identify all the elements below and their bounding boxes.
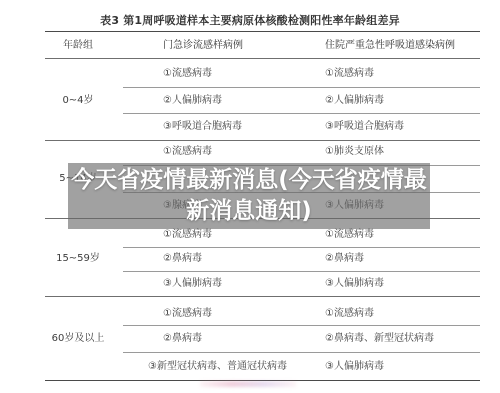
age-group-label: 15~59岁	[45, 252, 111, 266]
age-group-label: 60岁及以上	[45, 332, 111, 346]
headline-line-2: 新消息通知)	[186, 196, 312, 227]
table-cell: ②鼻病毒、新型冠状病毒	[325, 332, 434, 346]
table-cell: ②鼻病毒	[163, 252, 202, 266]
table-cell: ③呼吸道合胞病毒	[325, 120, 404, 134]
headline-line-1: 今天省疫情最新消息(今天省疫情最	[71, 165, 427, 196]
column-header-outpatient: 门急诊流感样病例	[163, 39, 243, 53]
table-cell: ①肺炎支原体	[325, 145, 384, 159]
headline-overlay-banner: 今天省疫情最新消息(今天省疫情最 新消息通知)	[68, 163, 430, 229]
table-cell: ①流感病毒	[325, 67, 374, 81]
row-divider	[123, 113, 480, 114]
row-divider	[123, 352, 480, 353]
article-image: 表3 第1周呼吸道样本主要病原体核酸检测阳性率年龄组差异 年龄组 门急诊流感样病…	[0, 0, 500, 393]
table-cell: ③人偏肺病毒	[325, 277, 384, 291]
table-title: 表3 第1周呼吸道样本主要病原体核酸检测阳性率年龄组差异	[0, 12, 500, 28]
table-cell: ①流感病毒	[163, 228, 212, 242]
group-divider	[45, 140, 480, 141]
table-cell: ③人偏肺病毒	[325, 360, 384, 374]
row-divider	[123, 87, 480, 88]
column-header-inpatient: 住院严重急性呼吸道感染病例	[325, 39, 455, 53]
table-cell: ③呼吸道合胞病毒	[163, 120, 242, 134]
table-cell: ②人偏肺病毒	[163, 94, 222, 108]
row-divider	[123, 271, 480, 272]
table-top-rule	[45, 31, 480, 32]
table-cell: ①流感病毒	[163, 67, 212, 81]
column-header-age: 年龄组	[45, 39, 111, 53]
watermark-smudge	[200, 381, 296, 387]
header-bottom-rule	[45, 58, 480, 59]
table-cell: ②鼻病毒	[325, 252, 364, 266]
table-cell: ②人偏肺病毒	[325, 94, 384, 108]
group-divider	[45, 296, 480, 297]
table-cell: ③人偏肺病毒	[163, 277, 222, 291]
age-group-label: 0~4岁	[45, 94, 111, 108]
table-cell: ②鼻病毒	[163, 332, 202, 346]
table-cell: ①流感病毒	[163, 145, 212, 159]
row-divider	[123, 325, 480, 326]
table-cell: ①流感病毒	[163, 307, 212, 321]
table-cell: ③新型冠状病毒、普通冠状病毒	[148, 360, 287, 374]
row-divider	[123, 247, 480, 248]
table-cell: ①流感病毒	[325, 228, 374, 242]
table-cell: ①流感病毒	[325, 307, 374, 321]
